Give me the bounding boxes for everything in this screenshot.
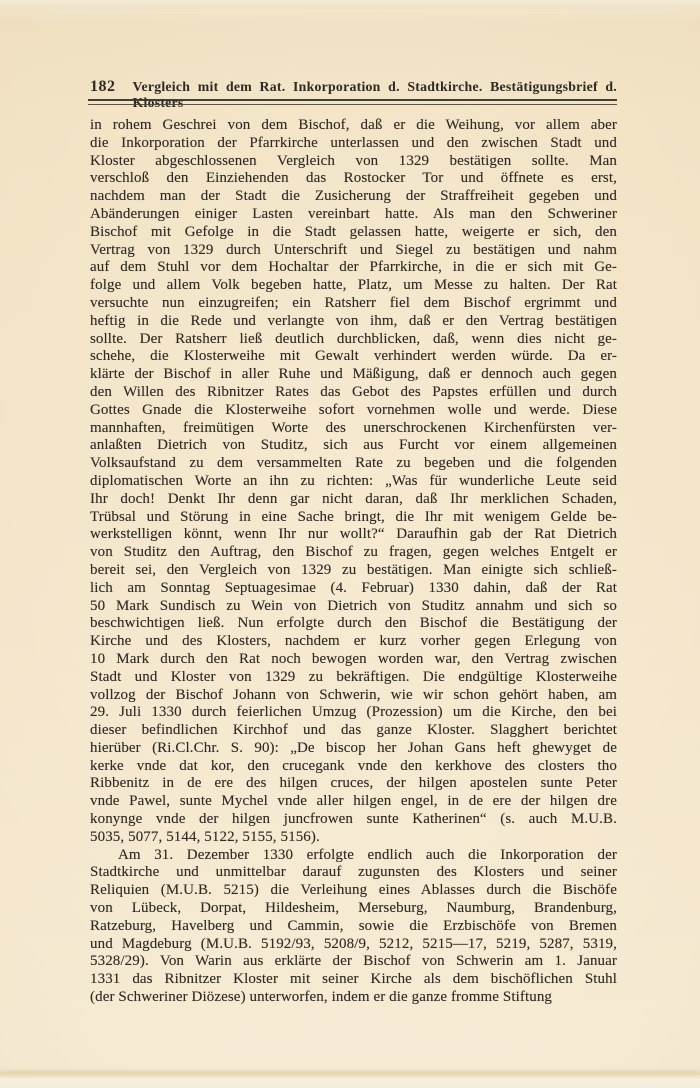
text-line: die Inkorporation der Pfarrkirche unterl… [90,135,617,153]
text-line: Bischof mit Gefolge in die Stadt gelasse… [90,224,617,242]
scanned-book-page: 182 Vergleich mit dem Rat. Inkorporation… [0,0,700,1088]
text-line: diplomatischen Worte an ihn zu richten: … [90,473,617,491]
text-line: auf dem Stuhl vor dem Hochaltar der Pfar… [90,259,617,277]
header-divider-rule [88,99,617,105]
text-line: und Magdeburg (M.U.B. 5192/93, 5208/9, 5… [90,936,617,954]
text-line: Kirche und des Klosters, nachdem er kurz… [90,633,617,651]
text-line: von Lübeck, Dorpat, Hildesheim, Mersebur… [90,900,617,918]
text-line: werkstelligen könnt, wenn Ihr nur wollt?… [90,526,617,544]
text-line: folge und allem Volk begeben hatte, Plat… [90,277,617,295]
text-line: Gottes Gnade die Klosterweihe sofort vor… [90,402,617,420]
text-line: Stadtkirche und unmittelbar darauf zugun… [90,864,617,882]
text-line: heftig in die Rede und verlangte von ihm… [90,313,617,331]
text-line: schehe, die Klosterweihe mit Gewalt verh… [90,348,617,366]
text-line: nachdem man der Stadt die Zusicherung de… [90,188,617,206]
page-body-text: in rohem Geschrei von dem Bischof, daß e… [90,117,617,1007]
text-line: 5328/29). Von Warin aus erklärte der Bis… [90,953,617,971]
page-number: 182 [90,78,116,96]
running-header: 182 Vergleich mit dem Rat. Inkorporation… [90,78,617,111]
text-line: bereit sei, den Vergleich von 1329 zu be… [90,562,617,580]
text-line: vollzog der Bischof Johann von Schwerin,… [90,687,617,705]
text-line: Am 31. Dezember 1330 erfolgte endlich au… [90,847,617,865]
text-line: Ratzeburg, Havelberg und Cammin, sowie d… [90,918,617,936]
text-line: sollte. Der Ratsherr ließ deutlich durch… [90,331,617,349]
text-line: verschloß den Einziehenden das Rostocker… [90,170,617,188]
text-line: Stadt und Kloster von 1329 zu bekräftige… [90,669,617,687]
text-line: dieser befindlichen Kirchhof und das gan… [90,722,617,740]
text-line: lich am Sonntag Septuagesimae (4. Februa… [90,580,617,598]
text-line: mannhaften, freimütigen Worte des unersc… [90,420,617,438]
text-line: klärte der Bischof in aller Ruhe und Mäß… [90,366,617,384]
text-line: Kloster abgeschlossenen Vergleich von 13… [90,153,617,171]
page-top-edge [0,0,700,9]
page-bottom-edge [0,1073,700,1088]
text-line: kerke vnde dat kor, den crucegank vnde d… [90,758,617,776]
text-line: 50 Mark Sundisch zu Wein von Dietrich vo… [90,598,617,616]
text-line: anlaßten Dietrich von Studitz, sich aus … [90,437,617,455]
text-line: 5035, 5077, 5144, 5122, 5155, 5156). [90,829,617,847]
paragraph: Am 31. Dezember 1330 erfolgte endlich au… [90,847,617,1007]
paragraph: in rohem Geschrei von dem Bischof, daß e… [90,117,617,847]
text-line: Ihr doch! Denkt Ihr denn gar nicht daran… [90,491,617,509]
text-line: den Willen des Ribnitzer Rates das Gebot… [90,384,617,402]
text-line: konynge vnde der hilgen juncfrowen sunte… [90,811,617,829]
running-header-title: Vergleich mit dem Rat. Inkorporation d. … [133,79,618,111]
text-line: (der Schweriner Diözese) unterworfen, in… [90,989,617,1007]
text-line: Volksaufstand zu dem versammelten Rate z… [90,455,617,473]
text-line: Abänderungen einiger Lasten vereinbart h… [90,206,617,224]
text-line: in rohem Geschrei von dem Bischof, daß e… [90,117,617,135]
text-line: 10 Mark durch den Rat noch bewogen worde… [90,651,617,669]
text-line: 29. Juli 1330 durch feierlichen Umzug (P… [90,704,617,722]
text-line: Ribbenitz in de ere des hilgen cruces, d… [90,775,617,793]
text-line: Reliquien (M.U.B. 5215) die Verleihung e… [90,882,617,900]
text-line: vnde Pawel, sunte Mychel vnde aller hilg… [90,793,617,811]
text-line: Vertrag von 1329 durch Unterschrift und … [90,242,617,260]
text-line: versuchte nun einzugreifen; ein Ratsherr… [90,295,617,313]
text-line: hierüber (Ri.Cl.Chr. S. 90): „De biscop … [90,740,617,758]
text-line: beschwichtigen ließ. Nun erfolgte durch … [90,615,617,633]
text-line: 1331 das Ribnitzer Kloster mit seiner Ki… [90,971,617,989]
text-line: Trübsal und Störung in eine Sache bringt… [90,509,617,527]
text-line: von Studitz den Auftrag, den Bischof zu … [90,544,617,562]
